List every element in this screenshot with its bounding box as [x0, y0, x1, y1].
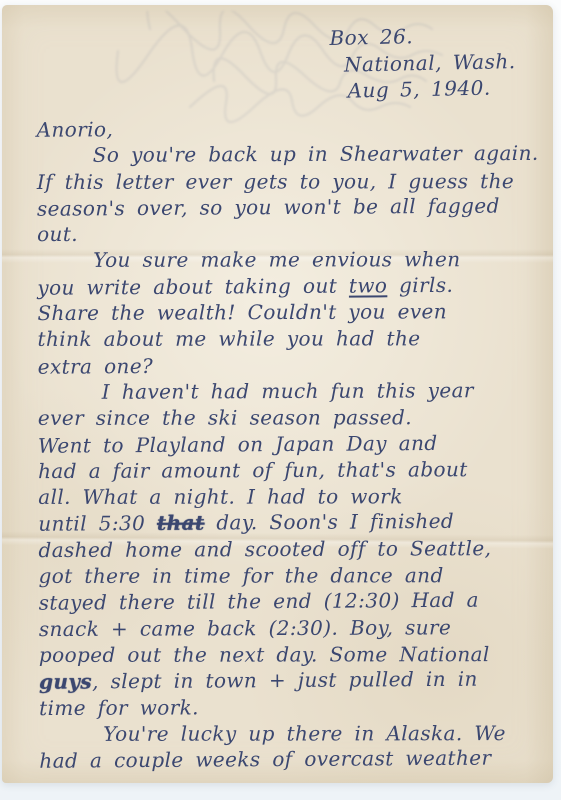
- letter-line: pooped out the next day. Some National: [39, 641, 539, 668]
- letter-line: think about me while you had the: [38, 325, 538, 352]
- letter-line: extra one?: [38, 350, 538, 380]
- letter-line: Went to Playland on Japan Day and: [38, 429, 538, 459]
- salutation: Anorio,: [37, 113, 537, 143]
- letter-line: So you're back up in Shearwater again.: [37, 140, 537, 168]
- letter-line: all. What a night. I had to work: [38, 483, 538, 510]
- letter-paper: Box 26. National, Wash. Aug 5, 1940. Ano…: [2, 5, 553, 783]
- struckthrough-word-that: that: [157, 511, 205, 535]
- line-text: until 5:30: [38, 511, 157, 536]
- return-address-place: National, Wash.: [330, 48, 516, 78]
- letter-line: time for work.: [39, 692, 539, 720]
- letter-line: Share the wealth! Couldn't you even: [37, 298, 537, 326]
- line-text: you write about taking out: [37, 273, 349, 299]
- letter-heading: Box 26. National, Wash. Aug 5, 1940.: [329, 21, 516, 104]
- letter-line: snack + came back (2:30). Boy, sure: [39, 614, 539, 642]
- line-text: , slept in town + just pulled in in: [92, 667, 478, 694]
- letter-line: You sure make me envious when: [37, 247, 537, 274]
- line-text: day. Soon's I finished: [204, 509, 454, 535]
- letter-line: guys, slept in town + just pulled in in: [39, 665, 539, 695]
- letter-line: You're lucky up there in Alaska. We: [39, 720, 539, 747]
- overwritten-word-guys: guys: [39, 670, 92, 694]
- letter-line: got there in time for the dance and: [39, 562, 539, 589]
- letter-line: stayed there till the end (12:30) Had a: [39, 587, 539, 617]
- letter-date: Aug 5, 1940.: [330, 74, 516, 104]
- letter-line: had a fair amount of fun, that's about: [38, 456, 538, 484]
- letter-line: ever since the ski season passed.: [38, 404, 538, 431]
- letter-line: out.: [37, 219, 537, 247]
- letter-line: until 5:30 that day. Soon's I finished: [38, 508, 538, 538]
- letter-line: dashed home and scooted off to Seattle,: [38, 535, 538, 563]
- return-address-box: Box 26.: [329, 21, 515, 51]
- letter-line: If this letter ever gets to you, I guess…: [37, 168, 537, 195]
- letter-line: season's over, so you won't be all fagge…: [37, 192, 537, 222]
- underlined-word-two: two: [349, 273, 388, 297]
- letter-line: I haven't had much fun this year: [38, 377, 538, 405]
- line-text: girls.: [387, 273, 453, 297]
- letter-body: Anorio, So you're back up in Shearwater …: [37, 114, 540, 774]
- letter-line: had a couple weeks of overcast weather: [39, 744, 539, 774]
- letter-line: you write about taking out two girls.: [37, 271, 537, 301]
